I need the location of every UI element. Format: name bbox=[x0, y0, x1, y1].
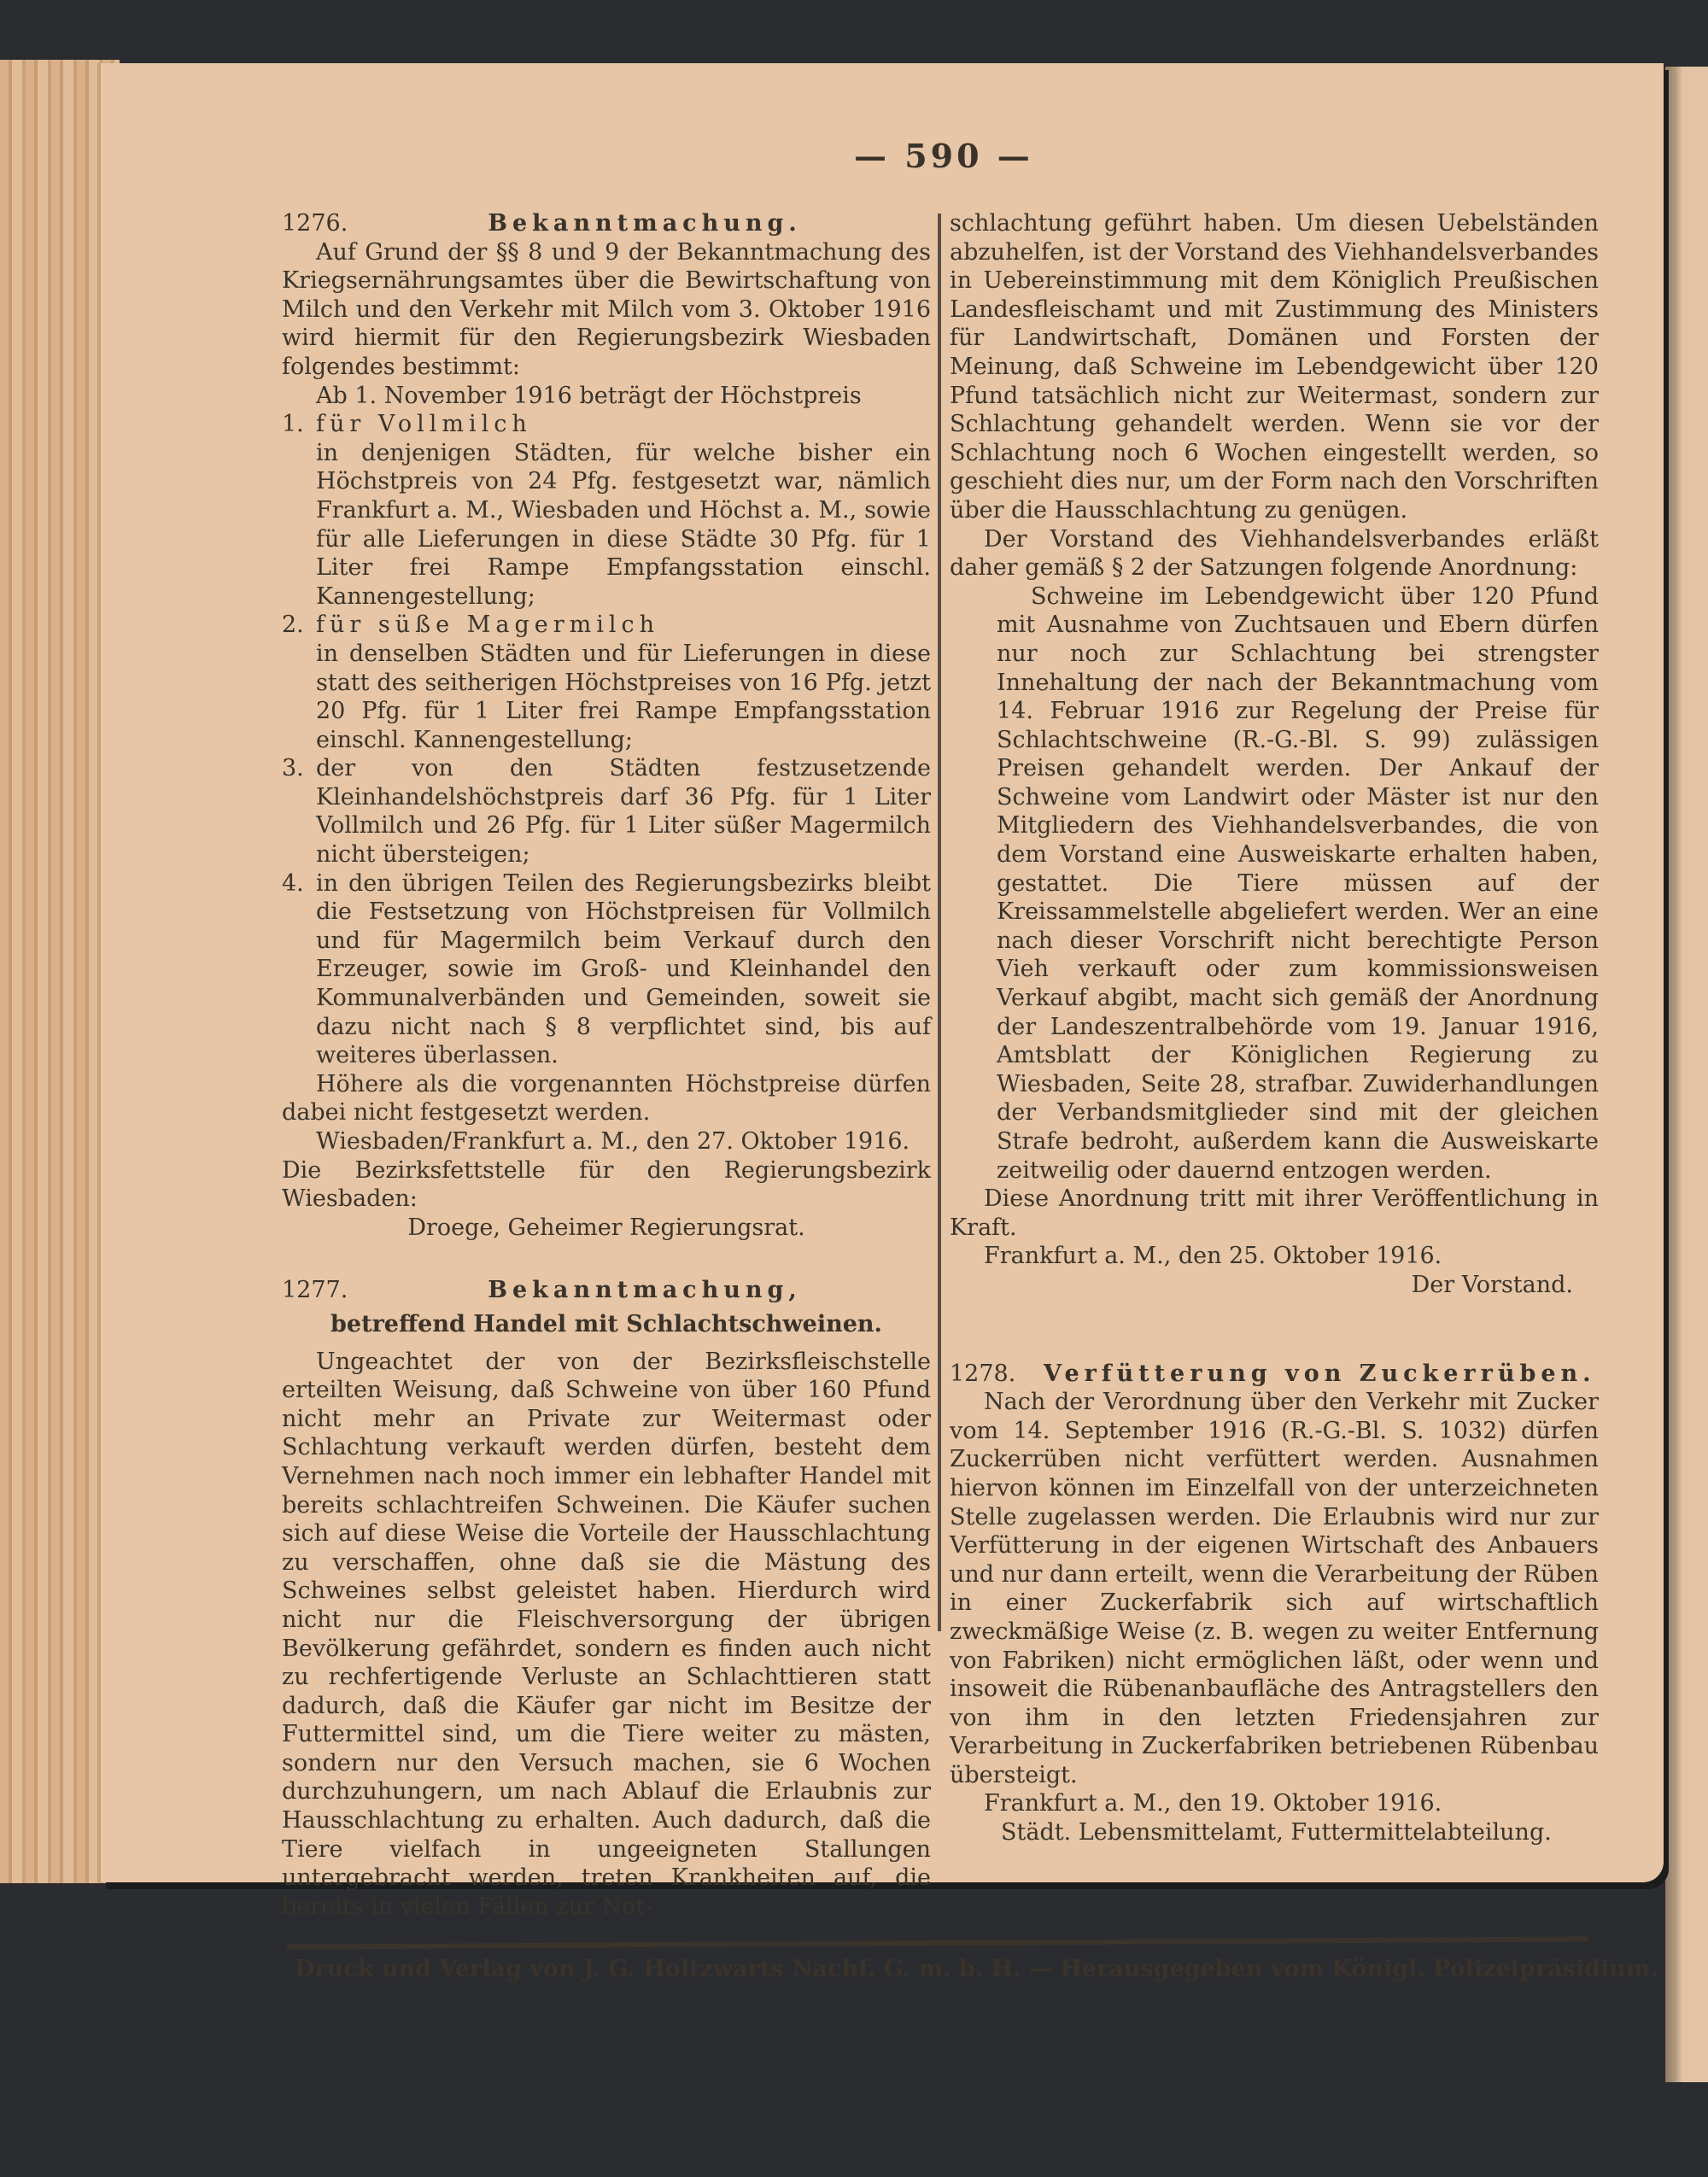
notice-title: Verfütterung von Zuckerrüben. bbox=[1027, 1360, 1599, 1389]
list-item: 1. für Vollmilch in denjenigen Städten, … bbox=[282, 410, 931, 611]
list-item-number: 2. bbox=[282, 611, 316, 754]
place-date: Frankfurt a. M., den 25. Oktober 1916. bbox=[950, 1242, 1599, 1271]
list-item-text: in denjenigen Städten, für welche bisher… bbox=[316, 439, 931, 612]
notice-title: Bekanntmachung. bbox=[359, 209, 931, 238]
right-column: schlachtung geführt haben. Um diesen Ueb… bbox=[950, 209, 1599, 1847]
notice-body-continued: schlachtung geführt haben. Um diesen Ueb… bbox=[950, 209, 1599, 525]
notice-heading: 1278. Verfütterung von Zuckerrüben. bbox=[950, 1360, 1599, 1389]
notice-1277: 1277. Bekanntmachung, betreffend Handel … bbox=[282, 1276, 931, 1921]
place-date: Wiesbaden/Frankfurt a. M., den 27. Oktob… bbox=[282, 1127, 931, 1156]
list-item-text: in den übrigen Teilen des Regierungsbezi… bbox=[316, 869, 931, 1070]
notice-number: 1276. bbox=[282, 209, 359, 238]
footer-rule bbox=[286, 1936, 1588, 1949]
notice-1278: 1278. Verfütterung von Zuckerrüben. Nach… bbox=[950, 1360, 1599, 1847]
notice-number: 1278. bbox=[950, 1360, 1027, 1389]
effective-clause: Diese Anordnung tritt mit ihrer Veröffen… bbox=[950, 1185, 1599, 1242]
list-item: 3. der von den Städten festzusetzende Kl… bbox=[282, 754, 931, 869]
list-item-heading: für süße Magermilch bbox=[316, 611, 931, 640]
list-item-heading: für Vollmilch bbox=[316, 410, 931, 439]
notice-closing: Höhere als die vorgenannten Höchstpreise… bbox=[282, 1070, 931, 1127]
signatory: Droege, Geheimer Regierungsrat. bbox=[282, 1214, 931, 1243]
list-item-text: in denselben Städten und für Lieferungen… bbox=[316, 640, 931, 754]
notice-lead: Ab 1. November 1916 beträgt der Höchstpr… bbox=[282, 382, 931, 411]
notice-body: Ungeachtet der von der Bezirksfleischste… bbox=[282, 1348, 931, 1922]
list-item-number: 1. bbox=[282, 410, 316, 611]
column-divider bbox=[938, 214, 941, 1631]
decree-intro: Der Vorstand des Viehhandelsverbandes er… bbox=[950, 525, 1599, 582]
notice-subtitle: betreffend Handel mit Schlachtschweinen. bbox=[282, 1310, 931, 1339]
list-item: 4. in den übrigen Teilen des Regierungsb… bbox=[282, 869, 931, 1070]
footer-imprint: Druck und Verlag von J. G. Holtzwarts Na… bbox=[295, 1956, 1593, 1982]
signatory: Der Vorstand. bbox=[950, 1271, 1599, 1300]
notice-1276: 1276. Bekanntmachung. Auf Grund der §§ 8… bbox=[282, 209, 931, 1242]
list-item-number: 4. bbox=[282, 869, 316, 1070]
signatory: Städt. Lebensmittelamt, Futtermittelabte… bbox=[950, 1818, 1599, 1847]
notice-title: Bekanntmachung, bbox=[359, 1276, 931, 1305]
notice-heading: 1276. Bekanntmachung. bbox=[282, 209, 931, 238]
left-column: 1276. Bekanntmachung. Auf Grund der §§ 8… bbox=[282, 209, 931, 1921]
page-number: — 590 — bbox=[854, 137, 1033, 175]
notice-body: Nach der Verordnung über den Verkehr mit… bbox=[950, 1388, 1599, 1789]
notice-heading: 1277. Bekanntmachung, bbox=[282, 1276, 931, 1305]
decree-body: Schweine im Lebendgewicht über 120 Pfund… bbox=[997, 582, 1599, 1185]
issuing-authority: Die Bezirksfettstelle für den Regierungs… bbox=[282, 1156, 931, 1214]
list-item-number: 3. bbox=[282, 754, 316, 869]
decree-text: Schweine im Lebendgewicht über 120 Pfund… bbox=[950, 582, 1599, 1185]
list-item-text: der von den Städten festzusetzende Klein… bbox=[316, 754, 931, 869]
notice-1277-continued: schlachtung geführt haben. Um diesen Ueb… bbox=[950, 209, 1599, 1300]
facing-page-edge bbox=[1670, 67, 1708, 2082]
notice-number: 1277. bbox=[282, 1276, 359, 1305]
list-item: 2. für süße Magermilch in denselben Städ… bbox=[282, 611, 931, 754]
place-date: Frankfurt a. M., den 19. Oktober 1916. bbox=[950, 1789, 1599, 1818]
notice-intro: Auf Grund der §§ 8 und 9 der Bekanntmach… bbox=[282, 238, 931, 382]
